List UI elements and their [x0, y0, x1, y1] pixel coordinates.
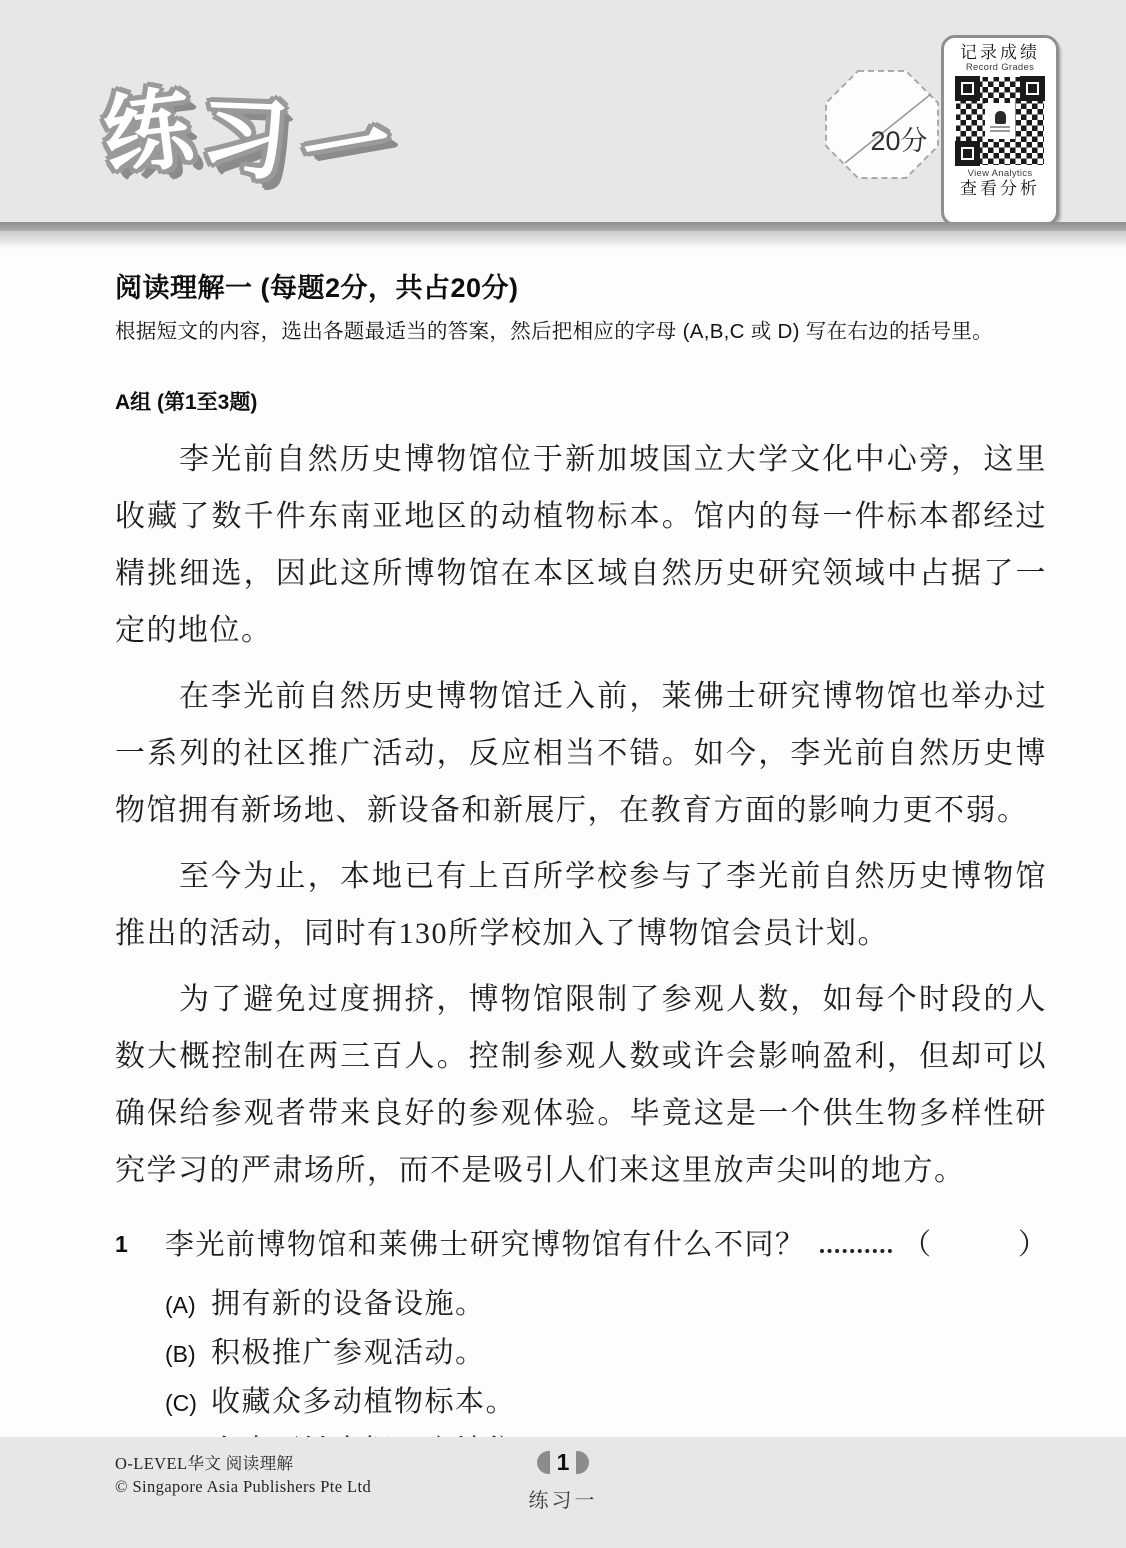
- question-number: 1: [115, 1223, 165, 1258]
- option-letter: (C): [165, 1390, 211, 1417]
- section-heading: 阅读理解一 (每题2分，共占20分): [115, 266, 1047, 305]
- option-letter: (B): [165, 1341, 211, 1368]
- page-number-left-ornament-icon: [537, 1451, 550, 1474]
- reading-passage: 李光前自然历史博物馆位于新加坡国立大学文化中心旁，这里收藏了数千件东南亚地区的动…: [115, 431, 1047, 1199]
- qr-code: [955, 76, 1045, 166]
- page-number-right-ornament-icon: [576, 1451, 589, 1474]
- qr-panel-bottom-en: View Analytics: [944, 168, 1056, 179]
- footer-exercise-label: 练习一: [0, 1484, 1126, 1513]
- option-c: (C) 收藏众多动植物标本。: [165, 1379, 1047, 1428]
- header-divider-bar: [0, 222, 1126, 231]
- exercise-title-char: 一: [292, 70, 410, 211]
- score-octagon-badge: 20分: [823, 68, 941, 181]
- workbook-page: 练习一 20分 记录成绩 Record Grades View Analytic…: [0, 0, 1126, 1548]
- page-footer: O-LEVEL华文 阅读理解 © Singapore Asia Publishe…: [0, 1437, 1126, 1548]
- exercise-title-char: 练: [96, 56, 209, 193]
- footer-page-indicator: 1 练习一: [0, 1449, 1126, 1513]
- answer-bracket: （ ）: [902, 1223, 1047, 1267]
- option-letter: (A): [165, 1292, 211, 1319]
- option-text: 拥有新的设备设施。: [211, 1281, 486, 1322]
- page-number: 1: [555, 1449, 572, 1476]
- header-divider-fade: [0, 231, 1126, 249]
- qr-finder-icon: [955, 76, 980, 101]
- qr-panel-top-en: Record Grades: [944, 62, 1056, 73]
- section-instructions: 根据短文的内容，选出各题最适当的答案，然后把相应的字母 (A,B,C 或 D) …: [115, 316, 1047, 347]
- qr-finder-icon: [955, 141, 980, 166]
- passage-paragraph: 李光前自然历史博物馆位于新加坡国立大学文化中心旁，这里收藏了数千件东南亚地区的动…: [115, 431, 1047, 659]
- qr-finder-icon: [1020, 76, 1045, 101]
- option-a: (A) 拥有新的设备设施。: [165, 1281, 1047, 1330]
- qr-panel: 记录成绩 Record Grades View Analytics 查看分析: [941, 35, 1059, 226]
- page-header: 练习一 20分 记录成绩 Record Grades View Analytic…: [0, 0, 1126, 222]
- qr-panel-top-zh: 记录成绩: [944, 43, 1056, 62]
- main-content: 阅读理解一 (每题2分，共占20分) 根据短文的内容，选出各题最适当的答案，然后…: [115, 248, 1047, 1477]
- passage-paragraph: 为了避免过度拥挤，博物馆限制了参观人数，如每个时段的人数大概控制在两三百人。控制…: [115, 971, 1047, 1199]
- question-text: 李光前博物馆和莱佛士研究博物馆有什么不同？: [165, 1223, 806, 1267]
- qr-panel-bottom-zh: 查看分析: [944, 179, 1056, 198]
- exercise-title: 练习一: [103, 62, 397, 188]
- passage-paragraph: 在李光前自然历史博物馆迁入前，莱佛士研究博物馆也举办过一系列的社区推广活动，反应…: [115, 668, 1047, 839]
- passage-paragraph: 至今为止，本地已有上百所学校参与了李光前自然历史博物馆推出的活动，同时有130所…: [115, 848, 1047, 962]
- question-body: 李光前博物馆和莱佛士研究博物馆有什么不同？ （ ）: [165, 1223, 1047, 1267]
- option-text: 积极推广参观活动。: [211, 1330, 486, 1371]
- group-label: A组 (第1至3题): [115, 386, 1047, 416]
- option-text: 收藏众多动植物标本。: [211, 1379, 516, 1420]
- publisher-crest-icon: [985, 103, 1015, 139]
- score-badge-label: 20分: [870, 126, 927, 156]
- dotted-leader: [820, 1223, 892, 1253]
- exercise-title-char: 习: [199, 68, 301, 197]
- option-b: (B) 积极推广参观活动。: [165, 1330, 1047, 1379]
- question-1: 1 李光前博物馆和莱佛士研究博物馆有什么不同？ （ ）: [115, 1223, 1047, 1267]
